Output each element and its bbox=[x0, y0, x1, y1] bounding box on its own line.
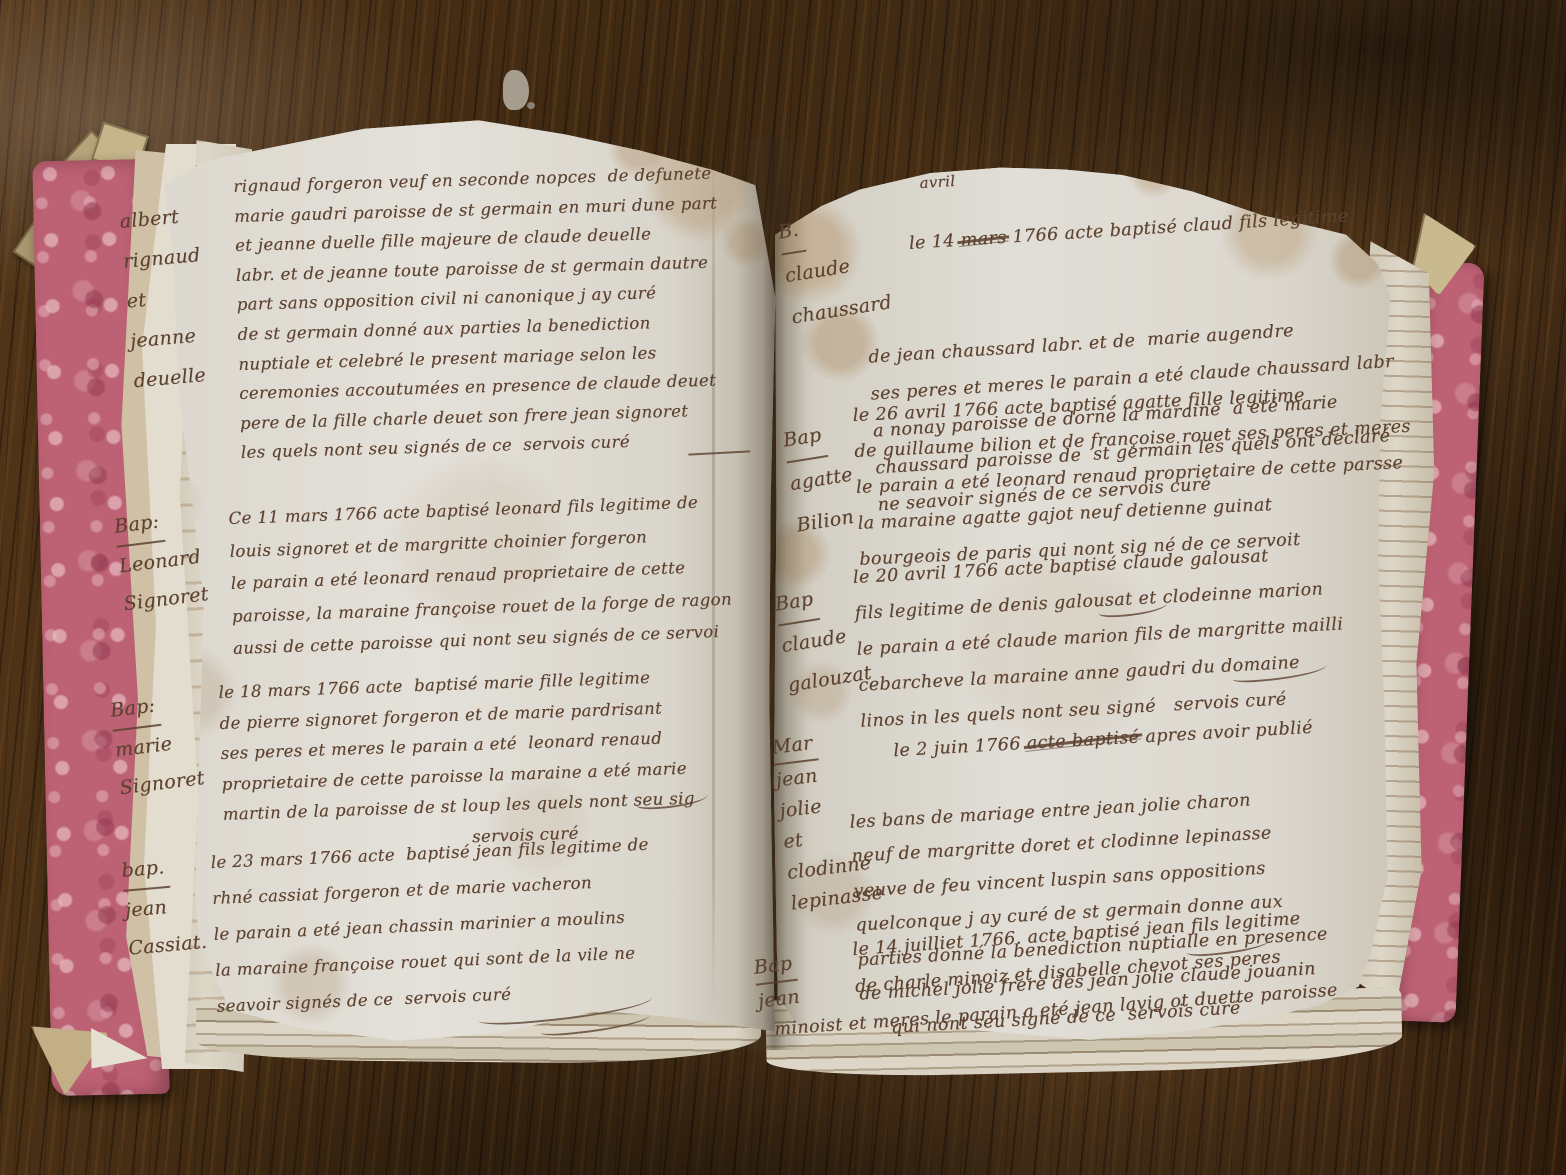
margin-name: albert bbox=[118, 195, 199, 242]
photograph-of-parish-register: { "colors":{ "wood":"#462e15","wood-dark… bbox=[0, 0, 1566, 1175]
margin-name: bap. bbox=[120, 848, 170, 892]
margin-name: Mar bbox=[770, 728, 818, 766]
margin-note: Bap agatteBilion bbox=[780, 410, 862, 546]
interline-correction: avril bbox=[918, 163, 956, 202]
margin-name: Bap: bbox=[112, 502, 166, 548]
margin-name: rignaud bbox=[121, 235, 202, 282]
record-body: le 14 juilliet 1766. acte baptisé jean f… bbox=[768, 899, 1339, 1049]
record-body: Ce 11 mars 1766 acte baptisé leonard fil… bbox=[228, 486, 734, 666]
text-segment: le 14 bbox=[908, 231, 961, 254]
margin-name: et bbox=[125, 275, 206, 322]
ink-flourish bbox=[688, 436, 751, 455]
margin-note: Bap: marieSignoret bbox=[108, 682, 207, 808]
margin-name: deuelle bbox=[132, 355, 213, 402]
margin-name: Bap bbox=[772, 578, 820, 626]
text-segment: apres avoir publié bbox=[1139, 717, 1314, 747]
text-segment: le 2 juin 1766 bbox=[893, 733, 1027, 760]
margin-note: albert rignaudetjeannedeuelle bbox=[118, 195, 213, 401]
struck-word: acte baptisé bbox=[1026, 727, 1140, 753]
handwritten-text-layer: albert rignaudetjeannedeuelle rignaud fo… bbox=[0, 0, 1566, 1175]
text-segment: 1766 acte baptisé claud fils legitime bbox=[1006, 206, 1349, 247]
margin-name: jeanne bbox=[128, 315, 209, 362]
margin-name: Bap: bbox=[108, 686, 162, 732]
record-body: rignaud forgeron veuf en seconde nopces … bbox=[233, 159, 724, 468]
margin-name: B. bbox=[775, 208, 806, 255]
margin-note: Bap: LeonardSignoret bbox=[112, 498, 211, 624]
margin-name: Cassiat. bbox=[127, 923, 209, 968]
margin-name: Bilion bbox=[793, 495, 862, 546]
margin-note: bap. jeanCassiat. bbox=[120, 845, 209, 967]
margin-name: Bap bbox=[780, 413, 829, 463]
struck-word: mars bbox=[960, 228, 1007, 251]
